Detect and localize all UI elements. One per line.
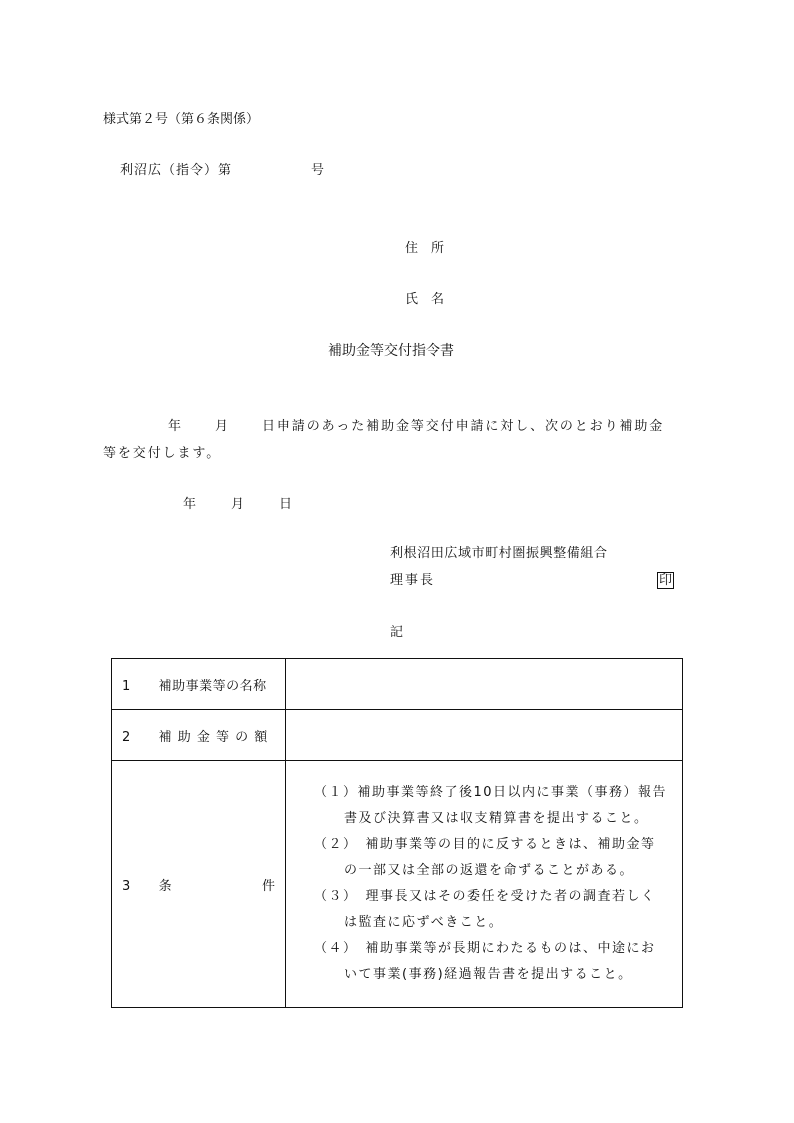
condition-marker: （２） xyxy=(314,837,351,852)
condition-item: （１）補助事業等終了後10日以内に事業（事務）報告 書及び決算書又は収支精算書を… xyxy=(300,780,676,832)
row-label-text: 補助事業等の名称 xyxy=(159,679,267,694)
condition-marker: （４） xyxy=(314,941,351,956)
row-label: 3 条 件 xyxy=(112,761,286,1008)
address-label: 住 所 xyxy=(405,241,444,257)
table-row: 3 条 件 （１）補助事業等終了後10日以内に事業（事務）報告 書及び決算書又は… xyxy=(112,761,683,1008)
condition-item: （３） 理事長又はその委任を受けた者の調査若しく は監査に応ずべきこと。 xyxy=(300,884,676,936)
table-row: 2 補 助 金 等 の 額 xyxy=(112,710,683,761)
row-label: 2 補 助 金 等 の 額 xyxy=(112,710,286,761)
row-label: 1 補助事業等の名称 xyxy=(112,659,286,710)
reference-prefix: 利沼広（指令）第 xyxy=(120,163,232,179)
condition-item: （４） 補助事業等が長期にわたるものは、中途にお いて事業(事務)経過報告書を提… xyxy=(300,936,676,988)
body-year: 年 xyxy=(168,419,181,435)
row-label-right: 件 xyxy=(262,875,275,894)
body-line2: 等を交付します。 xyxy=(103,446,221,462)
form-number: 様式第２号（第６条関係） xyxy=(103,112,259,128)
document-title: 補助金等交付指令書 xyxy=(328,343,454,359)
row-label-text: 補 助 金 等 の 額 xyxy=(159,730,269,745)
seal-mark: 印 xyxy=(657,572,674,589)
row-number: 1 xyxy=(122,679,130,694)
date-day: 日 xyxy=(279,497,292,513)
conditions-cell: （１）補助事業等終了後10日以内に事業（事務）報告 書及び決算書又は収支精算書を… xyxy=(286,761,683,1008)
project-name-value[interactable] xyxy=(286,659,683,710)
note-heading: 記 xyxy=(390,625,403,641)
condition-line2: の一部又は全部の返還を命ずることがある。 xyxy=(314,858,676,884)
condition-line1: 補助事業等の目的に反するときは、補助金等 xyxy=(351,837,656,852)
condition-line2: は監査に応ずべきこと。 xyxy=(314,910,676,936)
condition-line1: 補助事業等終了後10日以内に事業（事務）報告 xyxy=(358,785,668,800)
grant-details-table: 1 補助事業等の名称 2 補 助 金 等 の 額 3 条 件 xyxy=(111,658,683,1008)
issuer-organization: 利根沼田広域市町村圏振興整備組合 xyxy=(390,546,608,562)
condition-item: （２） 補助事業等の目的に反するときは、補助金等 の一部又は全部の返還を命ずるこ… xyxy=(300,832,676,884)
condition-line2: いて事業(事務)経過報告書を提出すること。 xyxy=(314,962,676,988)
table-row: 1 補助事業等の名称 xyxy=(112,659,683,710)
grant-amount-value[interactable] xyxy=(286,710,683,761)
row-number: 2 xyxy=(122,730,130,745)
name-label: 氏 名 xyxy=(405,292,444,308)
condition-line1: 補助事業等が長期にわたるものは、中途にお xyxy=(351,941,656,956)
row-label-left: 条 xyxy=(159,879,172,894)
body-line1: 日申請のあった補助金等交付申請に対し、次のとおり補助金 xyxy=(262,419,664,435)
date-year: 年 xyxy=(183,497,196,513)
condition-line2: 書及び決算書又は収支精算書を提出すること。 xyxy=(314,806,676,832)
condition-marker: （１） xyxy=(314,785,358,800)
body-month: 月 xyxy=(215,419,228,435)
date-month: 月 xyxy=(231,497,244,513)
condition-line1: 理事長又はその委任を受けた者の調査若しく xyxy=(351,889,656,904)
reference-suffix: 号 xyxy=(311,163,324,179)
issuer-title: 理事長 xyxy=(390,573,435,589)
row-number: 3 xyxy=(122,879,130,894)
condition-marker: （３） xyxy=(314,889,351,904)
seal-box: 印 xyxy=(657,572,674,589)
